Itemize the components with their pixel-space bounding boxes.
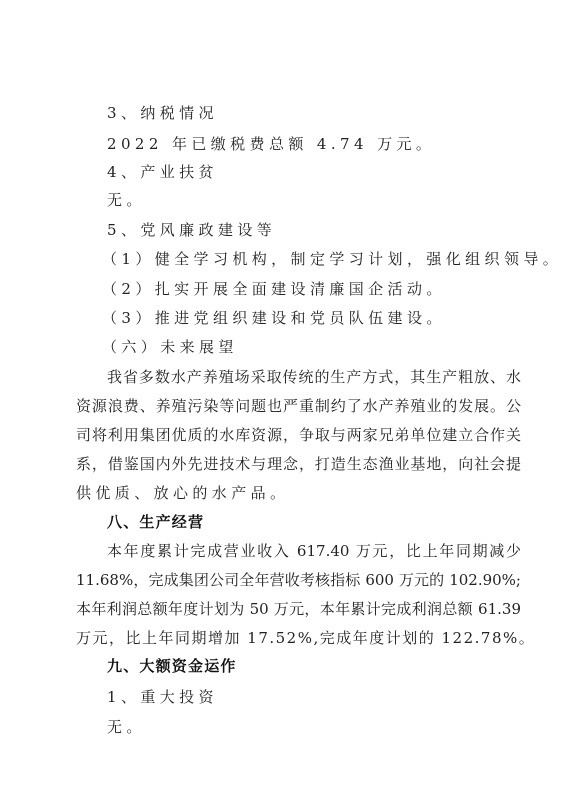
outlook-paragraph-line: 司将利用集团优质的水库资源，争取与两家兄弟单位建立合作关 bbox=[76, 424, 521, 446]
outlook-paragraph-line: 供优质、放心的水产品。 bbox=[76, 482, 521, 504]
major-investment-body: 无。 bbox=[107, 716, 521, 738]
party-item-3: （3）推进党组织建设和党员队伍建设。 bbox=[102, 307, 547, 329]
outlook-paragraph-line: 我省多数水产养殖场采取传统的生产方式，其生产粗放、水 bbox=[107, 366, 521, 388]
section-heading-large-funds: 九、大额资金运作 bbox=[107, 655, 521, 677]
outlook-paragraph-line: 资源浪费、养殖污染等问题也严重制约了水产养殖业的发展。公 bbox=[76, 395, 521, 417]
document-page: 3、纳税情况2022 年已缴税费总额 4.74 万元。4、产业扶贫无。5、党风廉… bbox=[0, 0, 578, 790]
tax-body: 2022 年已缴税费总额 4.74 万元。 bbox=[107, 133, 521, 155]
section-heading-party-conduct: 5、党风廉政建设等 bbox=[107, 219, 521, 241]
operations-paragraph-line: 11.68%，完成集团公司全年营收考核指标 600 万元的 102.90%; bbox=[76, 569, 521, 591]
operations-paragraph-line: 本年利润总额年度计划为 50 万元，本年累计完成利润总额 61.39 bbox=[76, 598, 521, 620]
section-heading-tax: 3、纳税情况 bbox=[107, 102, 521, 124]
party-item-2: （2）扎实开展全面建设清廉国企活动。 bbox=[102, 278, 547, 300]
subheading-major-investment: 1、重大投资 bbox=[107, 686, 521, 708]
section-heading-outlook: （六）未来展望 bbox=[102, 336, 547, 358]
party-item-1: （1）健全学习机构，制定学习计划，强化组织领导。 bbox=[102, 248, 547, 270]
operations-paragraph-line: 万元，比上年同期增加 17.52%,完成年度计划的 122.78%。 bbox=[76, 627, 521, 649]
section-heading-poverty: 4、产业扶贫 bbox=[107, 161, 521, 183]
section-heading-operations: 八、生产经营 bbox=[107, 511, 521, 533]
outlook-paragraph-line: 系，借鉴国内外先进技术与理念，打造生态渔业基地，向社会提 bbox=[76, 453, 521, 475]
operations-paragraph-line: 本年度累计完成营业收入 617.40 万元，比上年同期减少 bbox=[107, 540, 521, 562]
poverty-body: 无。 bbox=[107, 189, 521, 211]
